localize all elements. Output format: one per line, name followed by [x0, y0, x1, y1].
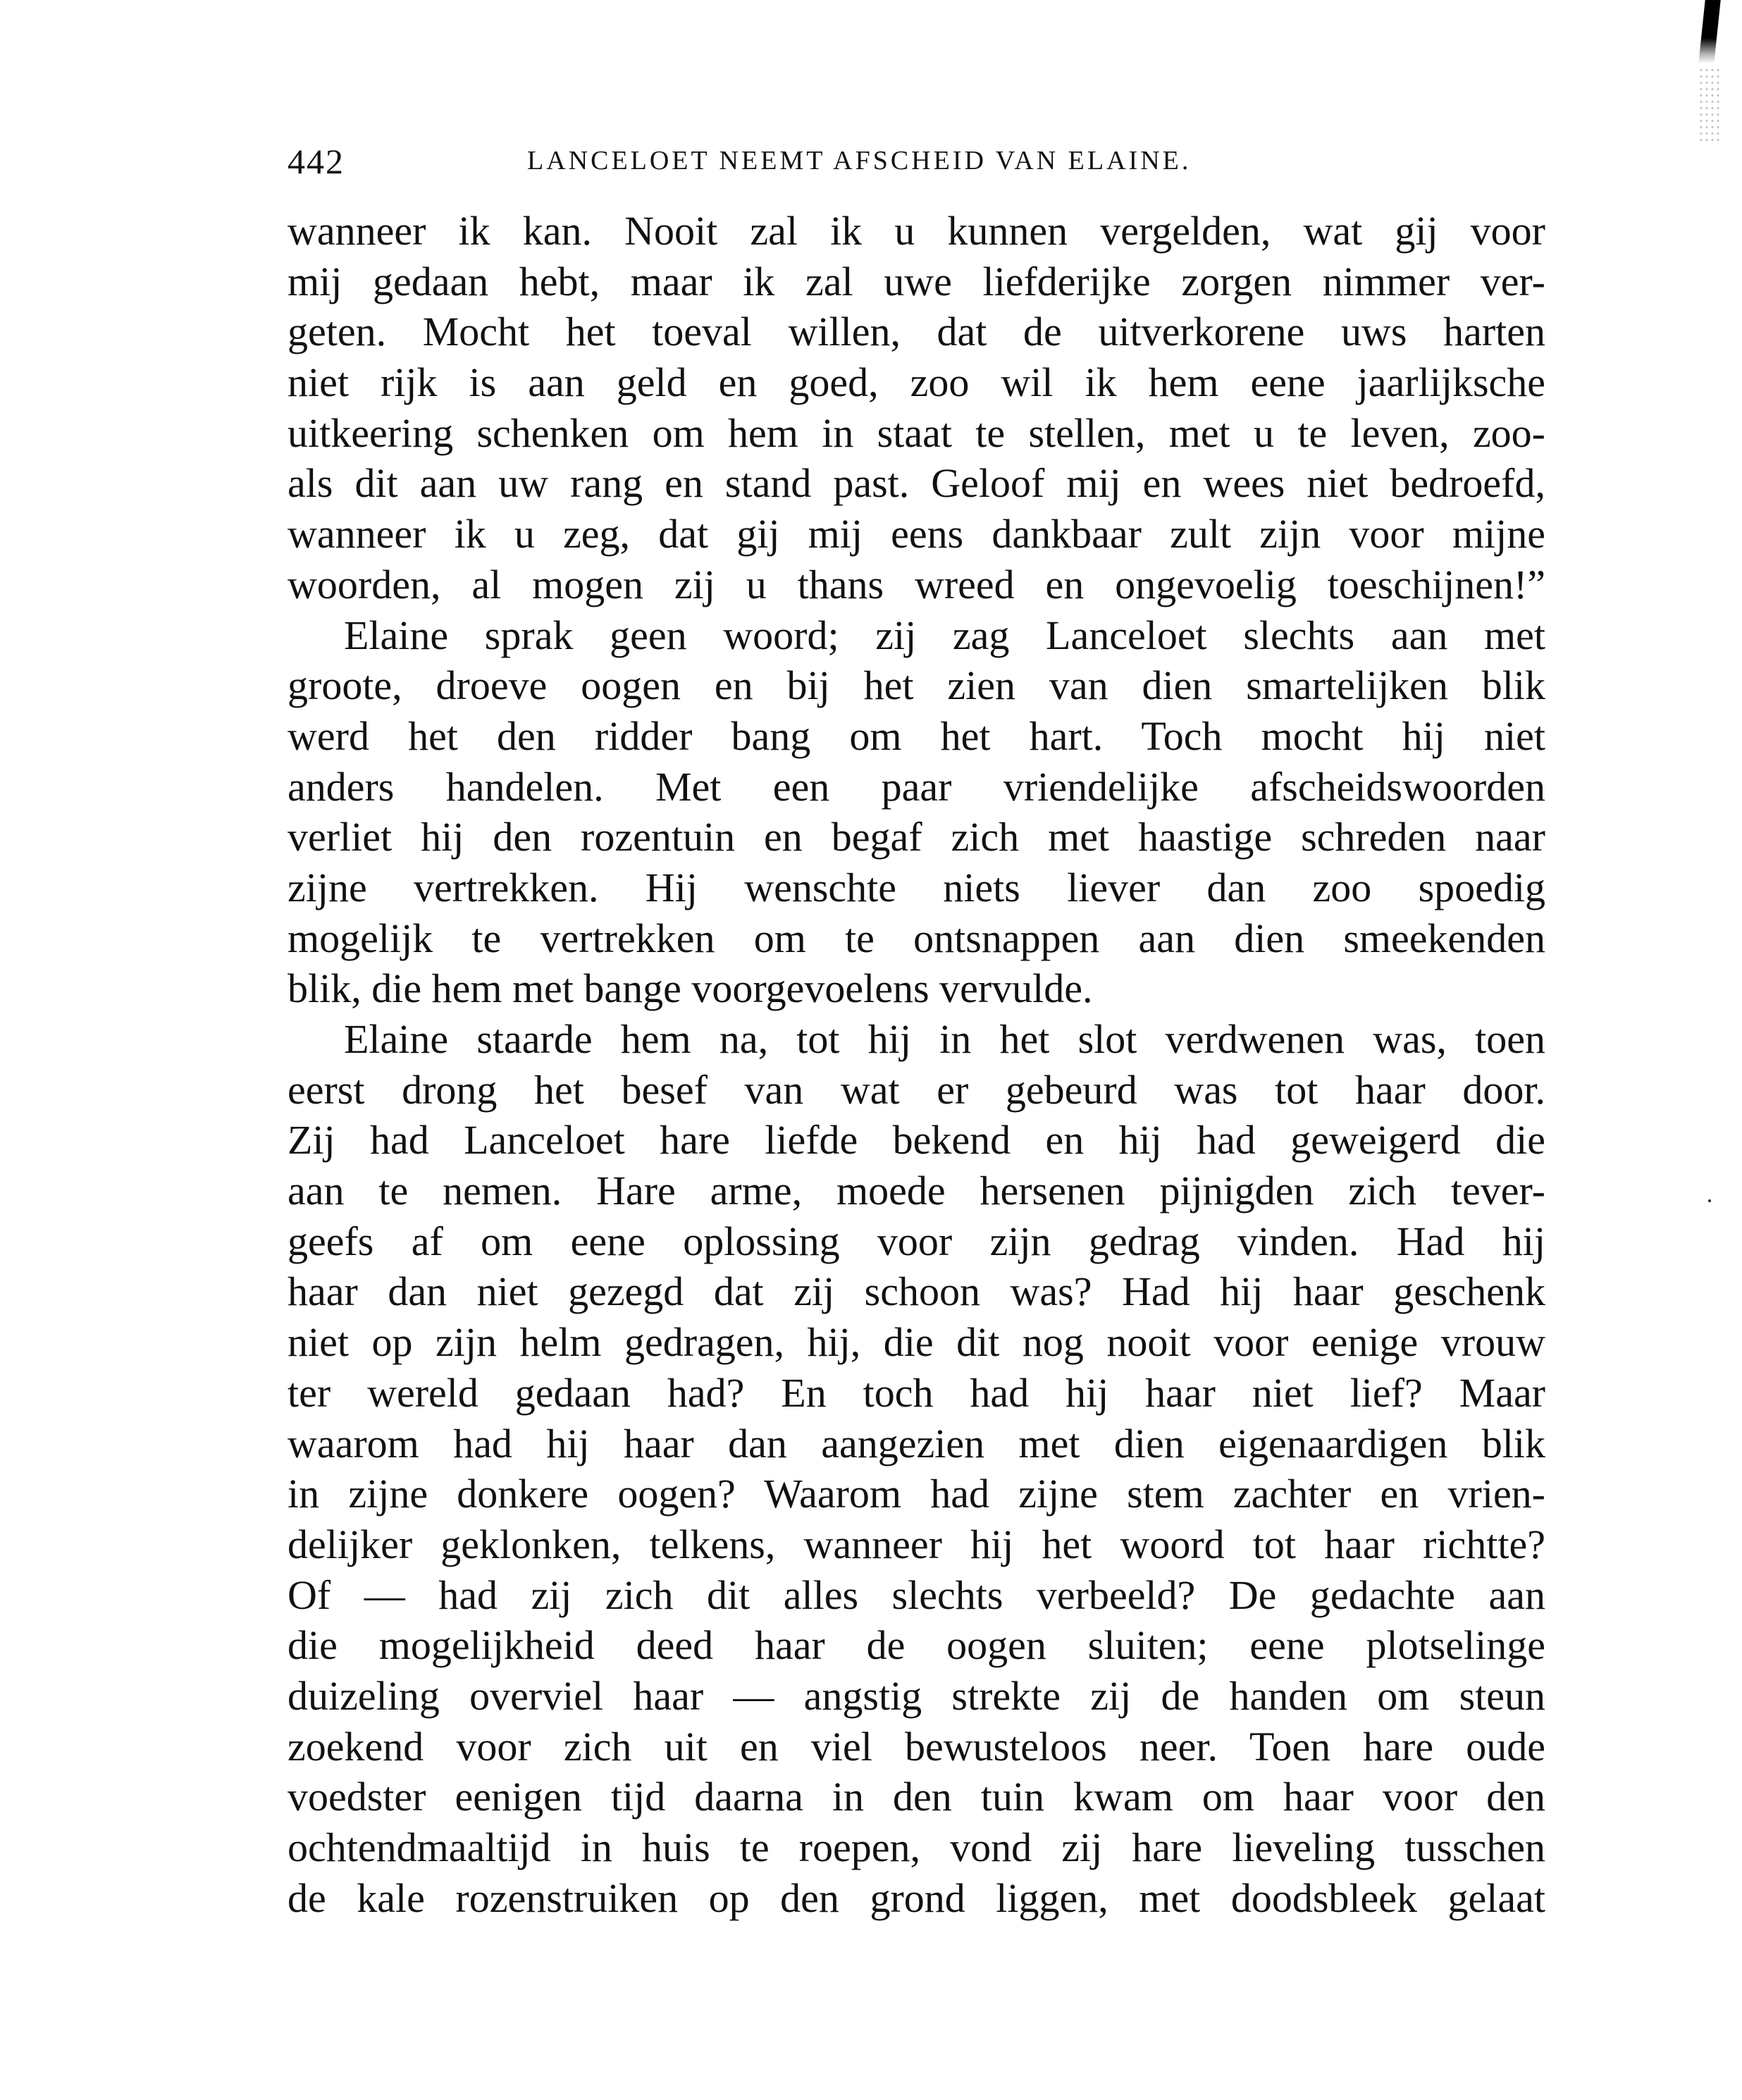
text-line: voedster eenigen tijd daarna in den tuin… — [288, 1772, 1545, 1822]
text-line: ter wereld gedaan had? En toch had hij h… — [288, 1368, 1545, 1419]
text-line: uitkeering schenken om hem in staat te s… — [288, 408, 1545, 459]
text-line: mij gedaan hebt, maar ik zal uwe liefder… — [288, 257, 1545, 307]
paragraph-1: wanneer ik kan. Nooit zal ik u kunnen ve… — [288, 206, 1545, 610]
text-line: aan te nemen. Hare arme, moede hersenen … — [288, 1166, 1545, 1216]
text-line: eerst drong het besef van wat er gebeurd… — [288, 1065, 1545, 1116]
text-line: werd het den ridder bang om het hart. To… — [288, 711, 1545, 762]
text-line: in zijne donkere oogen? Waarom had zijne… — [288, 1469, 1545, 1519]
text-line: delijker geklonken, telkens, wanneer hij… — [288, 1519, 1545, 1570]
scan-artifact-specks — [1698, 67, 1719, 144]
text-line: wanneer ik kan. Nooit zal ik u kunnen ve… — [288, 206, 1545, 257]
text-line: Zij had Lanceloet hare liefde bekend en … — [288, 1115, 1545, 1166]
paragraph-2: Elaine sprak geen woord; zij zag Lancelo… — [288, 610, 1545, 1015]
text-line: niet op zijn helm gedragen, hij, die dit… — [288, 1317, 1545, 1368]
text-line: als dit aan uw rang en stand past. Geloo… — [288, 458, 1545, 509]
text-line: waarom had hij haar dan aangezien met di… — [288, 1419, 1545, 1469]
text-line: woorden, al mogen zij u thans wreed en o… — [288, 560, 1545, 610]
text-line: wanneer ik u zeg, dat gij mij eens dankb… — [288, 509, 1545, 560]
text-line: groote, droeve oogen en bij het zien van… — [288, 660, 1545, 711]
text-line: zijne vertrekken. Hij wenschte niets lie… — [288, 863, 1545, 913]
page-number: 442 — [288, 141, 345, 182]
text-line: haar dan niet gezegd dat zij schoon was?… — [288, 1266, 1545, 1317]
scan-artifact-dot — [1708, 1199, 1711, 1202]
text-line: die mogelijkheid deed haar de oogen slui… — [288, 1620, 1545, 1671]
book-page: 442 LANCELOET NEEMT AFSCHEID VAN ELAINE.… — [0, 0, 1742, 2100]
text-line: duizeling overviel haar — angstig strekt… — [288, 1671, 1545, 1722]
text-line: Elaine sprak geen woord; zij zag Lancelo… — [288, 610, 1545, 661]
text-line: geten. Mocht het toeval willen, dat de u… — [288, 307, 1545, 357]
page-header: 442 LANCELOET NEEMT AFSCHEID VAN ELAINE. — [288, 141, 1549, 183]
text-line: geefs af om eene oplossing voor zijn ged… — [288, 1216, 1545, 1267]
scan-artifact-mark — [1698, 0, 1720, 63]
text-line: blik, die hem met bange voorgevoelens ve… — [288, 963, 1545, 1014]
text-line: de kale rozenstruiken op den grond ligge… — [288, 1873, 1545, 1924]
text-line: ochtendmaaltijd in huis te roepen, vond … — [288, 1822, 1545, 1873]
text-line: anders handelen. Met een paar vriendelij… — [288, 762, 1545, 813]
text-line: Elaine staarde hem na, tot hij in het sl… — [288, 1014, 1545, 1065]
running-title: LANCELOET NEEMT AFSCHEID VAN ELAINE. — [527, 145, 1191, 176]
text-line: niet rijk is aan geld en goed, zoo wil i… — [288, 357, 1545, 408]
text-line: zoekend voor zich uit en viel bewusteloo… — [288, 1722, 1545, 1772]
body-text: wanneer ik kan. Nooit zal ik u kunnen ve… — [288, 206, 1545, 1923]
paragraph-3: Elaine staarde hem na, tot hij in het sl… — [288, 1014, 1545, 1923]
text-line: mogelijk te vertrekken om te ontsnappen … — [288, 913, 1545, 964]
text-line: Of — had zij zich dit alles slechts verb… — [288, 1570, 1545, 1621]
text-line: verliet hij den rozentuin en begaf zich … — [288, 812, 1545, 863]
